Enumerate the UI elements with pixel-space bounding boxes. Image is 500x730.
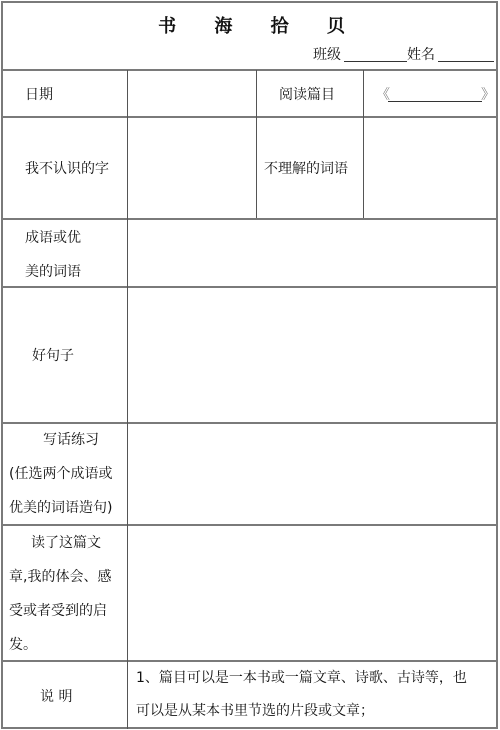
date-label: 日期 bbox=[25, 87, 53, 103]
column-divider bbox=[363, 70, 364, 218]
idioms-label: 成语或优 美的词语 bbox=[25, 221, 81, 289]
close-bracket: 》 bbox=[481, 87, 495, 103]
notes-label: 说 明 bbox=[40, 689, 72, 705]
reading-record-sheet: 书 海 拾 贝 班级 姓名 日期 阅读篇目 《 》 我不认识的字 不理解的词语 … bbox=[1, 1, 498, 729]
reflection-label: 读了这篇文 章,我的体会、感 受或者受到的启 发。 bbox=[9, 526, 111, 662]
good-sentences-field[interactable] bbox=[129, 288, 496, 422]
class-field[interactable] bbox=[344, 47, 407, 62]
not-understood-words-field[interactable] bbox=[365, 118, 496, 218]
writing-practice-label: 写话练习 (任选两个成语或 优美的词语造句) bbox=[9, 423, 112, 525]
good-sentences-label: 好句子 bbox=[32, 348, 74, 364]
idioms-field[interactable] bbox=[129, 220, 496, 286]
notes-text: 1、篇目可以是一本书或一篇文章、诗歌、古诗等，也 可以是从某本书里节选的片段或文… bbox=[136, 662, 467, 728]
reading-title-field[interactable] bbox=[388, 87, 482, 102]
name-label: 姓名 bbox=[407, 47, 435, 63]
date-field[interactable] bbox=[129, 71, 256, 116]
column-divider bbox=[127, 70, 128, 729]
reading-title-label: 阅读篇目 bbox=[279, 87, 335, 103]
name-field[interactable] bbox=[438, 47, 494, 62]
reflection-field[interactable] bbox=[129, 526, 496, 660]
class-label: 班级 bbox=[313, 47, 341, 63]
not-understood-words-label: 不理解的词语 bbox=[264, 161, 348, 177]
page-title: 书 海 拾 贝 bbox=[3, 12, 500, 38]
column-divider bbox=[256, 70, 257, 218]
unknown-chars-label: 我不认识的字 bbox=[25, 161, 109, 177]
writing-practice-field[interactable] bbox=[129, 424, 496, 524]
unknown-chars-field[interactable] bbox=[129, 118, 256, 218]
